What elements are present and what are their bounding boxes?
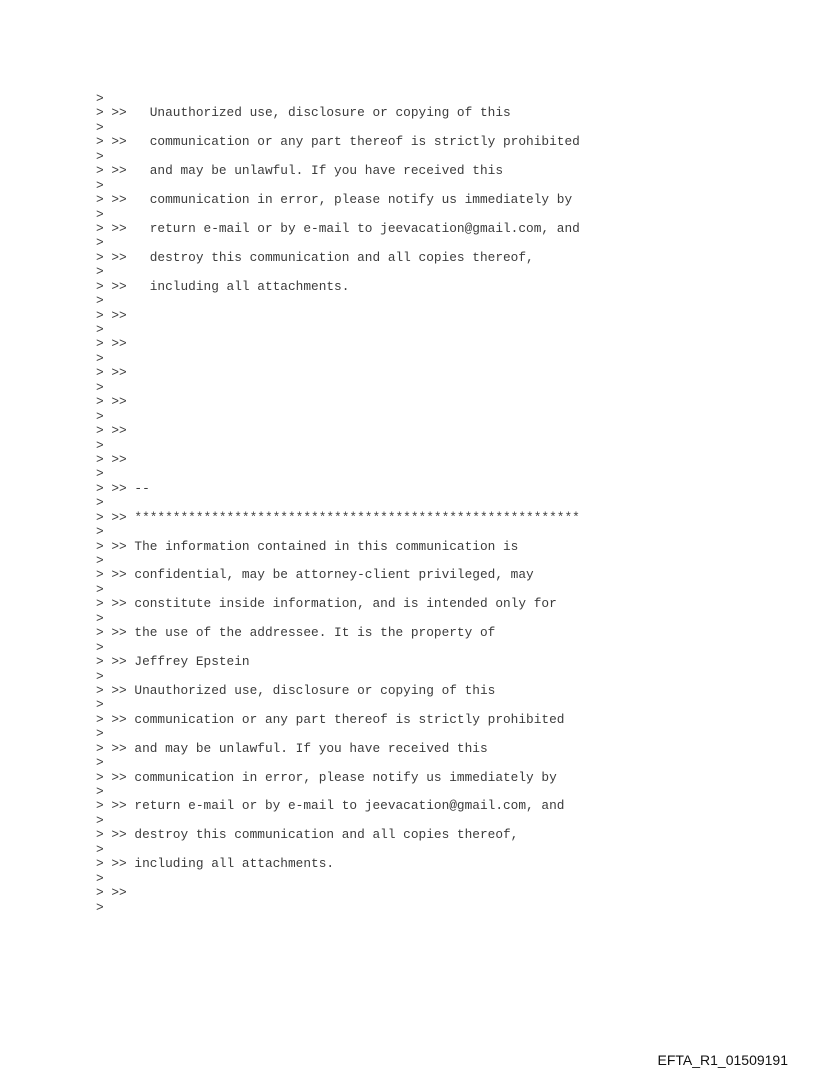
document-page: > > >> Unauthorized use, disclosure or c…: [0, 0, 816, 1073]
bates-number: EFTA_R1_01509191: [658, 1052, 789, 1068]
email-quoted-text: > > >> Unauthorized use, disclosure or c…: [96, 92, 580, 915]
